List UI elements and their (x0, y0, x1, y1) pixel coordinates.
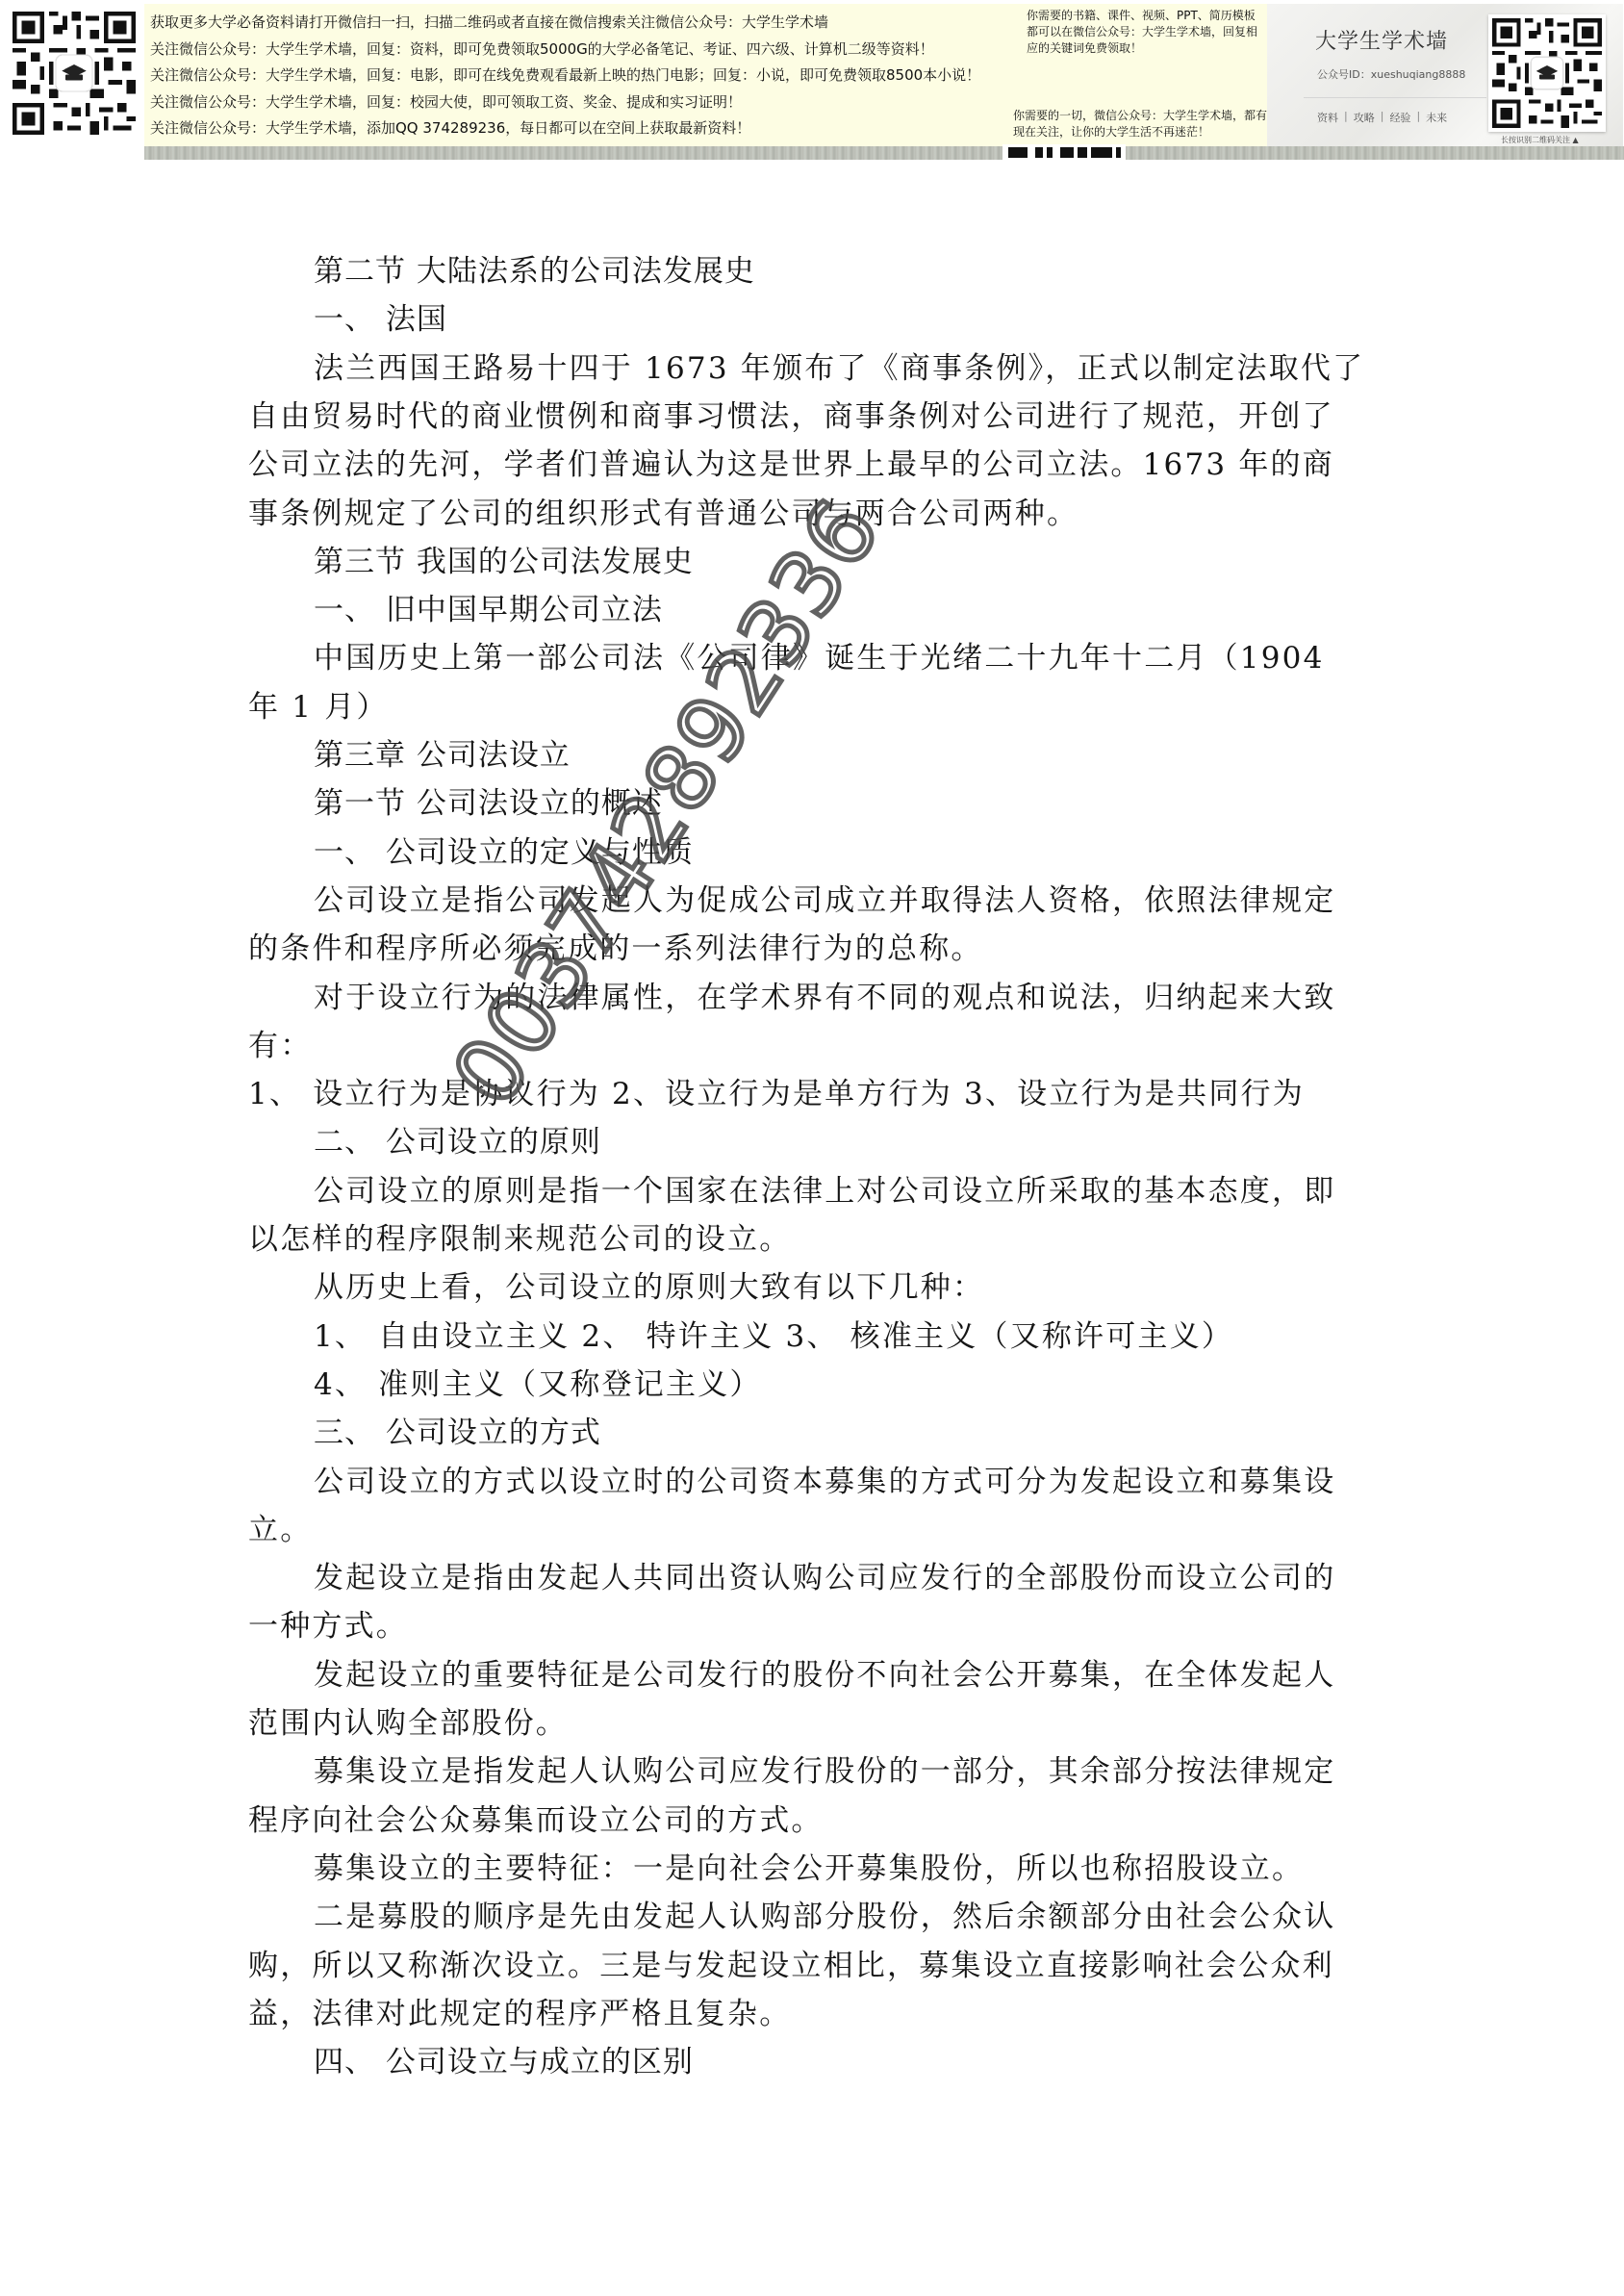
paragraph-line: 程序向社会公众募集而设立公司的方式。 (248, 1801, 824, 1840)
section-heading: 第三节 我国的公司法发展史 (314, 543, 694, 581)
paragraph-line: 对于设立行为的法律属性，在学术界有不同的观点和说法，归纳起来大致 (314, 979, 1335, 1017)
section-heading: 第二节 大陆法系的公司法发展史 (314, 252, 755, 291)
promo-line: 关注微信公众号：大学生学术墙，回复：资料，即可免费领取5000G的大学必备笔记、… (150, 37, 1015, 64)
tag-guides: 攻略 (1354, 110, 1375, 125)
paragraph-line: 公司设立是指公司发起人为促成公司成立并取得法人资格，依照法律规定 (314, 881, 1335, 920)
paragraph-line: 的条件和程序所必须完成的一系列法律行为的总称。 (248, 930, 983, 968)
account-id: 公众号ID：xueshuqiang8888 (1317, 66, 1465, 82)
separator: | (1381, 110, 1384, 125)
promo-side-text: 你需要的书籍、课件、视频、PPT、简历模板 都可以在微信公众号：大学生学术墙，回… (1015, 4, 1267, 146)
promo-banner: 获取更多大学必备资料请打开微信扫一扫，扫描二维码或者直接在微信搜索关注微信公众号… (0, 0, 1624, 146)
section-heading: 四、 公司设立与成立的区别 (314, 2043, 694, 2081)
paragraph-line: 公司设立的原则是指一个国家在法律上对公司设立所采取的基本态度，即 (314, 1172, 1335, 1211)
paragraph-line: 年 1 月） (248, 688, 389, 727)
banner-bottom-strip (1126, 146, 1624, 160)
banner-bottom-strip (144, 146, 1010, 160)
section-heading: 二、 公司设立的原则 (314, 1123, 601, 1161)
account-tags: 资料 | 攻略 | 经验 | 未来 (1317, 110, 1447, 125)
side-line: 现在关注，让你的大学生活不再迷茫！ (1013, 124, 1267, 140)
side-line: 你需要的一切，微信公众号：大学生学术墙，都有！ (1013, 108, 1267, 124)
separator: | (1416, 110, 1420, 125)
paragraph-line: 一种方式。 (248, 1607, 408, 1645)
paragraph-line: 购，所以又称渐次设立。三是与发起设立相比，募集设立直接影响社会公众利 (248, 1947, 1334, 1985)
paragraph-line: 事条例规定了公司的组织形式有普通公司与两合公司两种。 (248, 495, 1078, 533)
promo-line: 关注微信公众号：大学生学术墙，回复：校园大使，即可领取工资、奖金、提成和实习证明… (150, 89, 1015, 116)
side-line: 都可以在微信公众号：大学生学术墙，回复相 (1027, 24, 1267, 40)
paragraph-line: 以怎样的程序限制来规范公司的设立。 (248, 1220, 791, 1259)
paragraph-line: 从历史上看，公司设立的原则大致有以下几种： (314, 1268, 984, 1307)
paragraph-line: 立。 (248, 1511, 312, 1549)
section-heading: 一、 旧中国早期公司立法 (314, 591, 663, 629)
qr-code-icon (8, 6, 140, 140)
separator: | (1344, 110, 1348, 125)
paragraph-line: 益，法律对此规定的程序严格且复杂。 (248, 1995, 791, 2033)
qr-caption: 长按识别二维码关注 ▲ (1501, 135, 1579, 145)
paragraph-line: 有： (248, 1027, 312, 1065)
promo-line: 关注微信公众号：大学生学术墙，添加QQ 374289236，每日都可以在空间上获… (150, 115, 1015, 142)
side-line: 应的关键词免费领取！ (1027, 40, 1267, 57)
paragraph-line: 募集设立的主要特征：一是向社会公开募集股份，所以也称招股设立。 (314, 1850, 1304, 1888)
promo-line: 关注微信公众号：大学生学术墙，回复：电影，即可在线免费观看最新上映的热门电影；回… (150, 63, 1015, 89)
tag-experience: 经验 (1389, 110, 1410, 125)
paragraph-line: 募集设立是指发起人认购公司应发行股份的一部分，其余部分按法律规定 (314, 1752, 1335, 1791)
section-heading: 三、 公司设立的方式 (314, 1414, 601, 1452)
document-page: 获取更多大学必备资料请打开微信扫一扫，扫描二维码或者直接在微信搜索关注微信公众号… (0, 0, 1624, 2296)
paragraph-line: 发起设立的重要特征是公司发行的股份不向社会公开募集，在全体发起人 (314, 1656, 1335, 1695)
paragraph-line: 范围内认购全部股份。 (248, 1704, 568, 1743)
section-heading: 一、 法国 (314, 300, 447, 339)
list-line: 1、 设立行为是协议行为 2、设立行为是单方行为 3、设立行为是共同行为 (248, 1075, 1305, 1113)
account-name: 大学生学术墙 (1315, 25, 1448, 55)
paragraph-line: 自由贸易时代的商业惯例和商事习惯法，商事条例对公司进行了规范，开创了 (248, 397, 1334, 436)
tag-materials: 资料 (1317, 110, 1338, 125)
section-heading: 第三章 公司法设立 (314, 736, 571, 775)
paragraph-line: 公司设立的方式以设立时的公司资本募集的方式可分为发起设立和募集设 (314, 1463, 1335, 1501)
promo-text-block: 获取更多大学必备资料请打开微信扫一扫，扫描二维码或者直接在微信搜索关注微信公众号… (144, 4, 1015, 146)
list-line: 4、 准则主义（又称登记主义） (314, 1365, 762, 1404)
paragraph-line: 发起设立是指由发起人共同出资认购公司应发行的全部股份而设立公司的 (314, 1559, 1335, 1597)
section-heading: 一、 公司设立的定义与性质 (314, 833, 694, 872)
list-line: 1、 自由设立主义 2、 特许主义 3、 核准主义（又称许可主义） (314, 1317, 1233, 1356)
divider (1304, 97, 1486, 98)
qr-code-icon (1488, 14, 1606, 132)
section-heading: 第一节 公司法设立的概述 (314, 784, 663, 823)
paragraph-line: 法兰西国王路易十四于 1673 年颁布了《商事条例》，正式以制定法取代了 (314, 349, 1364, 388)
tag-future: 未来 (1426, 110, 1447, 125)
promo-line: 获取更多大学必备资料请打开微信扫一扫，扫描二维码或者直接在微信搜索关注微信公众号… (150, 10, 1015, 37)
paragraph-line: 公司立法的先河，学者们普遍认为这是世界上最早的公司立法。1673 年的商 (248, 446, 1334, 484)
cropped-fragment (1002, 144, 1126, 160)
paragraph-line: 中国历史上第一部公司法《公司律》诞生于光绪二十九年十二月（1904 (314, 639, 1325, 677)
side-line: 你需要的书籍、课件、视频、PPT、简历模板 (1027, 8, 1267, 24)
paragraph-line: 二是募股的顺序是先由发起人认购部分股份，然后余额部分由社会公众认 (314, 1898, 1335, 1936)
